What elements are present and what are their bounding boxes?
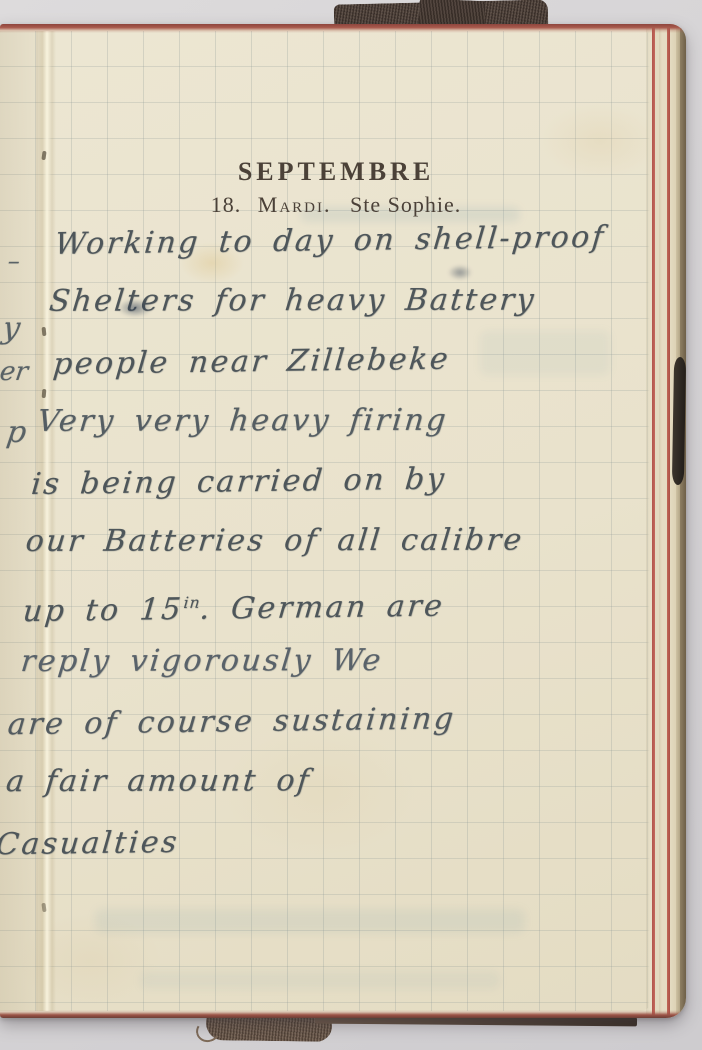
showthrough-haze — [140, 971, 500, 989]
entry-line-text: . German are — [198, 589, 446, 627]
entry-line: reply vigorously We — [18, 630, 617, 692]
entry-line: is being carried on by — [29, 447, 635, 515]
ink-blot — [118, 299, 152, 317]
entry-line-text: up to 15 — [21, 592, 184, 629]
entry-line: are of course sustaining — [5, 687, 611, 755]
page-bottom-red-edge — [0, 1010, 686, 1018]
ink-blot — [448, 265, 472, 280]
photo-background: – y er p SEPTEMBRE 18. Mardi. Ste Sophie… — [0, 0, 702, 1050]
entry-line: Very very heavy firing — [34, 390, 640, 452]
page-top-red-edge — [0, 24, 686, 33]
month-title: SEPTEMBRE — [50, 157, 622, 187]
diary-book: – y er p SEPTEMBRE 18. Mardi. Ste Sophie… — [0, 24, 686, 1018]
diary-entry: Working to day on shell-proof Shelters f… — [0, 209, 658, 874]
diary-page: – y er p SEPTEMBRE 18. Mardi. Ste Sophie… — [0, 31, 652, 1011]
entry-line: Working to day on shell-proof — [52, 207, 658, 275]
prev-page-fragment: er — [0, 357, 30, 387]
superscript-unit: in — [183, 594, 202, 612]
cloth-strap-edge — [672, 357, 686, 485]
showthrough-haze — [95, 909, 525, 933]
entry-line: Casualties — [0, 807, 599, 875]
entry-line: up to 15in. German are — [21, 567, 623, 635]
entry-line: our Batteries of all calibre — [23, 510, 629, 572]
entry-line: people near Zillebeke — [50, 327, 646, 395]
page-edge-stack — [646, 24, 686, 1018]
entry-line: a fair amount of — [3, 750, 605, 812]
